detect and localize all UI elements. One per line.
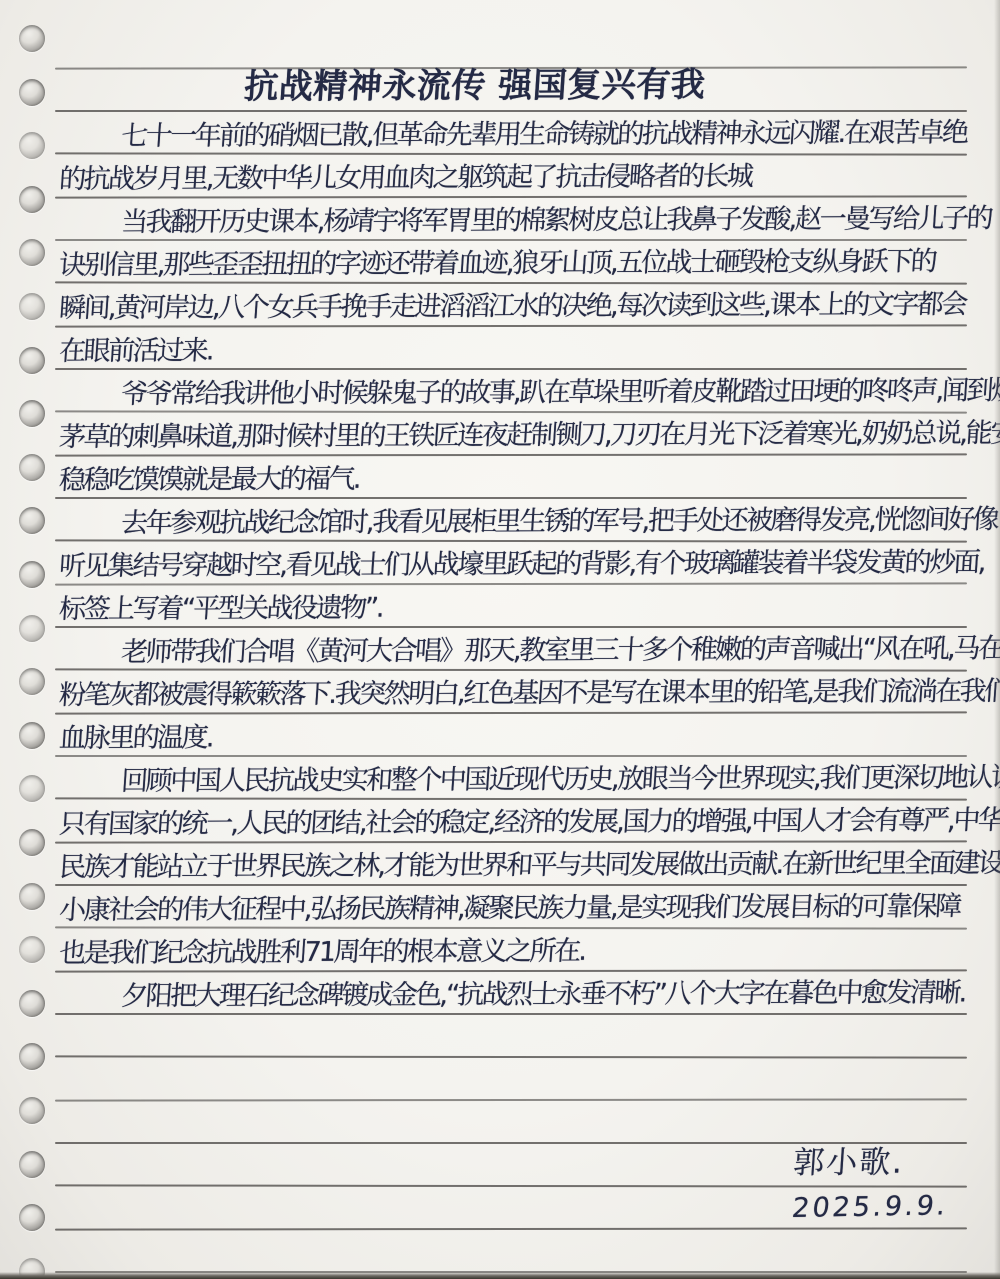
ruled-line (55, 1055, 967, 1058)
handwritten-line: 瞬间,黄河岸边,八个女兵手挽手走进滔滔江水的决绝,每次读到这些,课本上的文字都会 (58, 288, 967, 326)
ruled-line (55, 1098, 967, 1101)
binder-hole (19, 400, 45, 427)
handwritten-line: 血脉里的温度. (58, 721, 213, 756)
photo-edge-shadow-right (994, 0, 1000, 1279)
ruled-line (55, 1184, 967, 1187)
notebook-page-photo: 抗战精神永流传 强国复兴有我 七十一年前的硝烟已散,但革命先辈用生命铸就的抗战精… (0, 0, 1000, 1279)
handwritten-line: 小康社会的伟大征程中,弘扬民族精神,凝聚民族力量,是实现我们发展目标的可靠保障 (58, 890, 961, 928)
photo-edge-shadow-bottom (0, 1272, 1000, 1279)
binder-hole (19, 454, 45, 481)
handwritten-line: 回顾中国人民抗战史实和整个中国近现代历史,放眼当今世界现实,我们更深切地认识到 (120, 761, 1000, 799)
binder-hole (19, 347, 45, 374)
binder-hole (19, 990, 45, 1017)
essay-date: 2025.9.9. (790, 1189, 950, 1226)
binder-hole (19, 239, 45, 266)
handwritten-line: 七十一年前的硝烟已散,但革命先辈用生命铸就的抗战精神永远闪耀.在艰苦卓绝 (120, 116, 968, 154)
handwritten-line: 也是我们纪念抗战胜利71周年的根本意义之所在. (58, 935, 586, 971)
handwritten-line: 夕阳把大理石纪念碑镀成金色,“抗战烈士永垂不朽”八个大字在暮色中愈发清晰. (120, 976, 966, 1014)
binder-hole (19, 186, 45, 213)
binder-hole (19, 507, 45, 534)
handwritten-line: 爷爷常给我讲他小时候躲鬼子的故事,趴在草垛里听着皮靴踏过田埂的咚咚声,闻到烧焦 (120, 374, 1000, 412)
handwritten-line: 当我翻开历史课本,杨靖宇将军胃里的棉絮树皮总让我鼻子发酸,赵一曼写给儿子的 (120, 202, 992, 240)
handwritten-line: 老师带我们合唱《黄河大合唱》那天,教室里三十多个稚嫩的声音喊出“风在吼,马在叫”… (120, 632, 1000, 670)
ruled-line (55, 1227, 967, 1230)
binder-hole (19, 561, 45, 588)
binder-hole (19, 775, 45, 802)
binder-hole (19, 79, 45, 106)
handwritten-line: 听见集结号穿越时空,看见战士们从战壕里跃起的背影,有个玻璃罐装着半袋发黄的炒面, (58, 546, 985, 584)
handwritten-line: 去年参观抗战纪念馆时,我看见展柜里生锈的军号,把手处还被磨得发亮,恍惚间好像 (120, 503, 998, 541)
handwritten-line: 茅草的刺鼻味道,那时候村里的王铁匠连夜赶制铡刀,刀刃在月光下泛着寒光,奶奶总说,… (58, 417, 1000, 455)
handwritten-line: 稳稳吃馍馍就是最大的福气. (58, 463, 360, 498)
binder-hole (19, 1151, 45, 1178)
handwritten-line: 在眼前活过来. (58, 334, 213, 369)
binder-hole (19, 883, 45, 910)
signature: 郭小歌. (792, 1143, 906, 1183)
binder-hole (19, 829, 45, 856)
handwritten-line: 粉笔灰都被震得簌簌落下.我突然明白,红色基因不是写在课本里的铅笔,是我们流淌在我… (58, 675, 1000, 713)
binder-hole (19, 1097, 45, 1124)
binder-hole (19, 668, 45, 695)
handwritten-line: 的抗战岁月里,无数中华儿女用血肉之躯筑起了抗击侵略者的长城 (58, 160, 753, 197)
handwritten-line: 只有国家的统一,人民的团结,社会的稳定,经济的发展,国力的增强,中国人才会有尊严… (58, 804, 1000, 842)
handwritten-line: 民族才能站立于世界民族之林,才能为世界和平与共同发展做出贡献.在新世纪里全面建设 (58, 847, 1000, 885)
ruled-line (55, 110, 967, 112)
binder-hole (19, 615, 45, 642)
binder-hole (19, 1043, 45, 1070)
binder-hole (19, 132, 45, 159)
binder-hole (19, 1204, 45, 1231)
binder-hole (19, 25, 45, 52)
handwritten-line: 标签上写着“平型关战役遗物”. (58, 592, 383, 627)
binder-hole (19, 936, 45, 963)
binder-hole (19, 293, 45, 320)
essay-title: 抗战精神永流传 强国复兴有我 (243, 64, 707, 108)
binder-hole (19, 722, 45, 749)
handwritten-line: 诀别信里,那些歪歪扭扭的字迹还带着血迹,狼牙山顶,五位战士砸毁枪支纵身跃下的 (58, 245, 936, 283)
